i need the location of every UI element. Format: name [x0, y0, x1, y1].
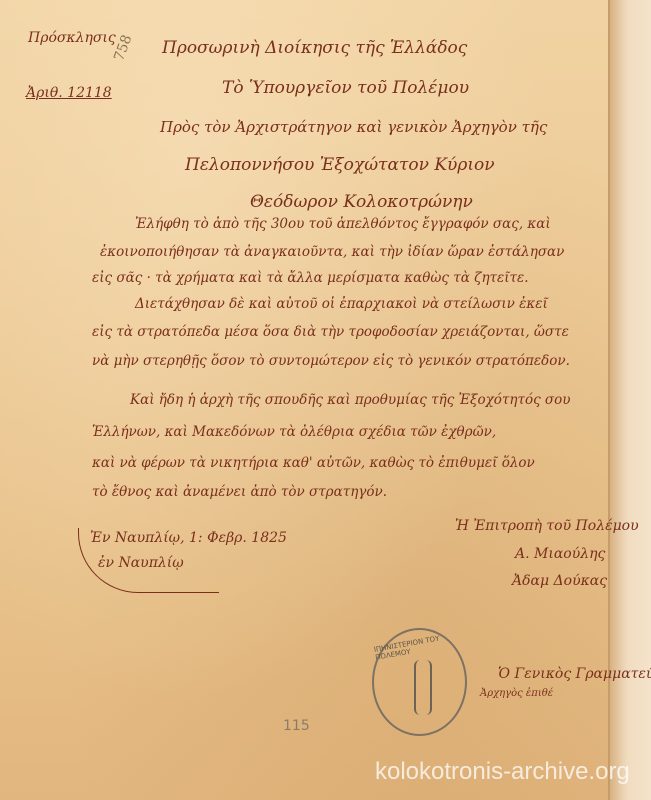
- body-line: ἐκοινοποιήθησαν τὰ ἀναγκαιοῦντα, καὶ τὴν…: [100, 244, 564, 260]
- secretary-signature: Ὁ Γενικὸς Γραμματεύς: [498, 666, 651, 682]
- ministry-seal-stamp: ΙΠΗΝΙΣΤΕΡΙΟΝ ΤΟΥ ΠΟΛΕΜΟΥ: [372, 628, 467, 736]
- body-line: Διετάχθησαν δὲ καὶ αὐτοῦ οἱ ἐπαρχιακοὶ ν…: [135, 296, 548, 312]
- reference-number: Ἀριθ. 12118: [26, 85, 112, 101]
- body-line: Ἑλλήνων, καὶ Μακεδόνων τὰ ὀλέθρια σχέδια…: [92, 424, 496, 440]
- header-line-1: Προσωρινὴ Διοίκησις τῆς Ἑλλάδος: [162, 38, 467, 58]
- header-line-5: Θεόδωρον Κολοκοτρώνην: [250, 192, 473, 212]
- signature-committee: Ἡ Ἐπιτροπὴ τοῦ Πολέμου: [455, 518, 639, 534]
- body-line: εἰς σᾶς · τὰ χρήματα καὶ τὰ ἄλλα μερίσμα…: [92, 270, 529, 286]
- body-line: Ἐλήφθη τὸ ἀπὸ τῆς 30ου τοῦ ἀπελθόντος ἔγ…: [135, 216, 551, 232]
- athena-figure-icon: [414, 660, 432, 715]
- header-line-3: Πρὸς τὸν Ἀρχιστράτηγον καὶ γενικὸν Ἀρχηγ…: [160, 118, 547, 136]
- pencil-page-number: 115: [283, 718, 310, 734]
- header-line-4: Πελοποννήσου Ἐξοχώτατον Κύριον: [185, 155, 495, 175]
- body-line: νὰ μὴν στερηθῇς ὅσον τὸ συντομώτερον εἰς…: [92, 353, 570, 369]
- margin-note: Πρόσκλησις: [28, 30, 116, 46]
- signature-doukas: Ἀδαμ Δούκας: [512, 573, 607, 589]
- body-line: τὸ ἔθνος καὶ ἀναμένει ἀπὸ τὸν στρατηγόν.: [92, 484, 387, 500]
- signature-miaoulis: Α. Μιαούλης: [515, 546, 605, 562]
- secretary-title: Ἀρχηγὸς ἐπιθέ: [480, 688, 553, 699]
- place-line: ἐν Ναυπλίῳ: [98, 555, 184, 571]
- body-line: Καὶ ἤδη ἡ ἀρχὴ τῆς σπουδῆς καὶ προθυμίας…: [130, 392, 570, 408]
- archive-watermark: kolokotronis-archive.org: [375, 758, 630, 786]
- header-line-2: Τὸ Ὑπουργεῖον τοῦ Πολέμου: [222, 78, 469, 98]
- date-line: Ἐν Ναυπλίῳ, 1: Φεβρ. 1825: [90, 530, 287, 546]
- body-line: εἰς τὰ στρατόπεδα μέσα ὅσα διὰ τὴν τροφο…: [92, 324, 569, 340]
- body-line: καὶ νὰ φέρων τὰ νικητήρια καθ' αὐτῶν, κα…: [92, 455, 535, 471]
